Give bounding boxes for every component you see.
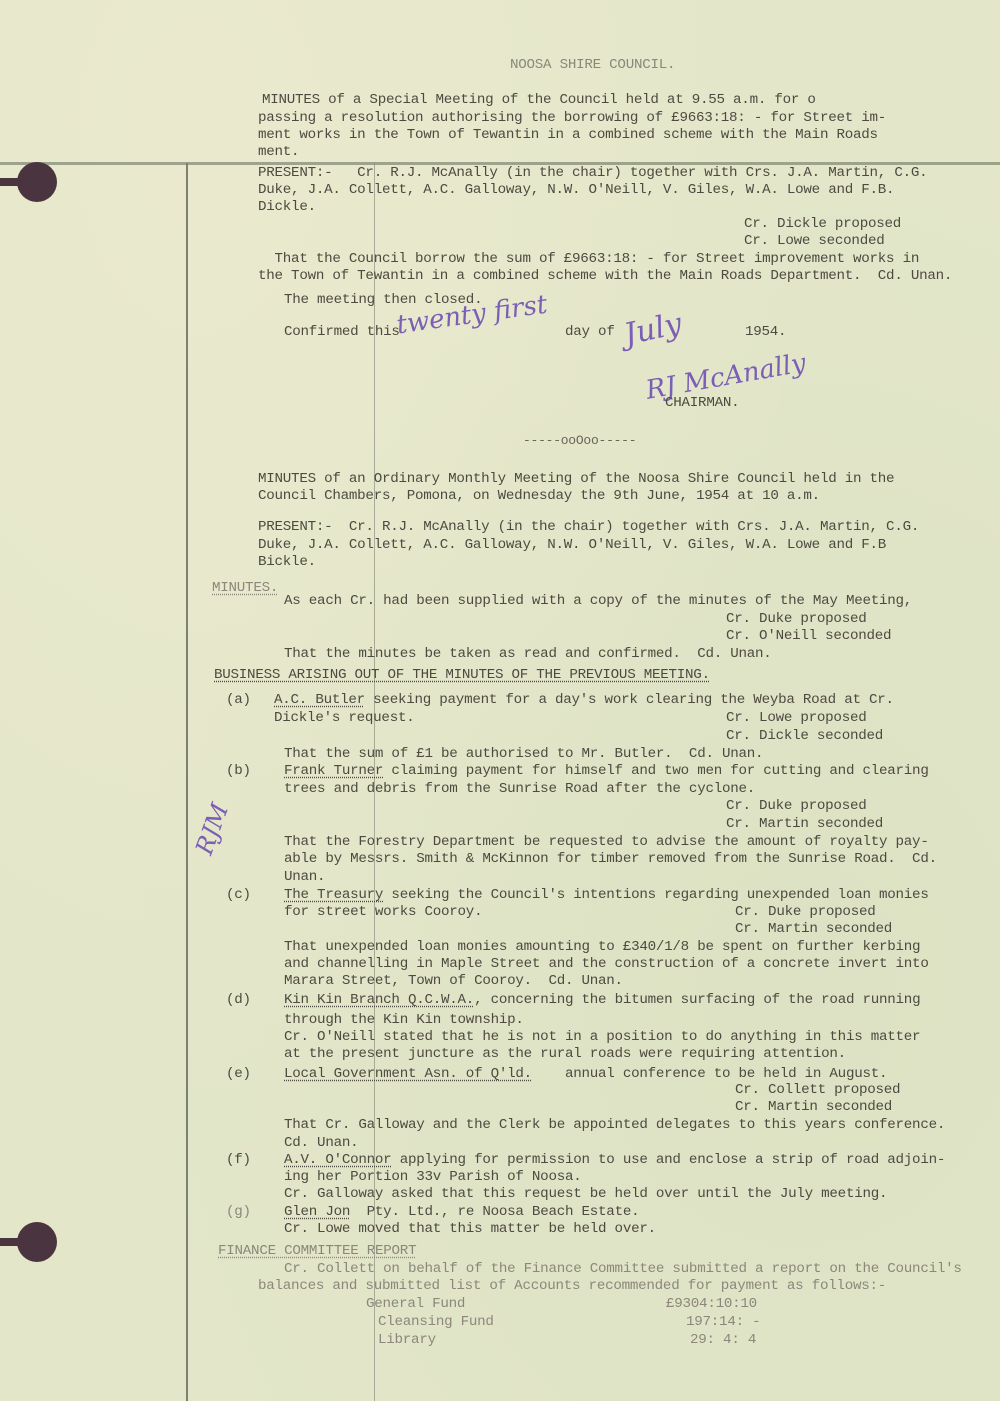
finance-text-1: Cr. Collett on behalf of the Finance Com… bbox=[284, 1261, 962, 1279]
day-of-label: day of bbox=[565, 324, 615, 342]
item-c-subject: The Treasury bbox=[284, 887, 383, 903]
item-c-resolution-3: Marara Street, Town of Cooroy. Cd. Unan. bbox=[284, 973, 623, 991]
item-f-subject: A.V. O'Connor bbox=[284, 1152, 391, 1168]
item-b-resolution-2: able by Messrs. Smith & McKinnon for tim… bbox=[284, 851, 937, 869]
item-b-line-1: Frank Turner claiming payment for himsel… bbox=[284, 763, 929, 781]
item-e-resolution-1: That Cr. Galloway and the Clerk be appoi… bbox=[284, 1117, 945, 1135]
special-proposed: Cr. Dickle proposed bbox=[744, 216, 901, 234]
special-resolution-1: That the Council borrow the sum of £9663… bbox=[258, 251, 919, 269]
item-b-label: (b) bbox=[226, 763, 251, 781]
item-a-label: (a) bbox=[226, 692, 251, 710]
item-d-subject: Kin Kin Branch Q.C.W.A. bbox=[284, 992, 474, 1008]
item-d-line-3: Cr. O'Neill stated that he is not in a p… bbox=[284, 1029, 920, 1047]
special-present-3: Dickle. bbox=[258, 199, 316, 217]
item-b-line-2: trees and debris from the Sunrise Road a… bbox=[284, 781, 755, 799]
special-intro-3: ment works in the Town of Tewantin in a … bbox=[258, 127, 878, 145]
account-amount-3: 29: 4: 4 bbox=[690, 1332, 756, 1350]
item-e-proposed: Cr. Collett proposed bbox=[735, 1082, 900, 1100]
item-g-line-1: Glen Jon Pty. Ltd., re Noosa Beach Estat… bbox=[284, 1204, 639, 1222]
ordinary-intro-1: MINUTES of an Ordinary Monthly Meeting o… bbox=[258, 471, 894, 489]
item-c-proposed: Cr. Duke proposed bbox=[735, 904, 876, 922]
item-a-seconded: Cr. Dickle seconded bbox=[726, 728, 883, 746]
item-g-label: (g) bbox=[226, 1204, 251, 1222]
ordinary-intro-2: Council Chambers, Pomona, on Wednesday t… bbox=[258, 488, 820, 506]
ordinary-present-2: Duke, J.A. Collett, A.C. Galloway, N.W. … bbox=[258, 537, 886, 555]
item-e-subject: Local Government Asn. of Q'ld. bbox=[284, 1066, 532, 1082]
binding-hole-top bbox=[17, 162, 57, 202]
item-a-proposed: Cr. Lowe proposed bbox=[726, 710, 867, 728]
item-b-resolution-1: That the Forestry Department be requeste… bbox=[284, 834, 929, 852]
account-fund-3: Library bbox=[378, 1332, 436, 1350]
item-f-label: (f) bbox=[226, 1152, 251, 1170]
year: 1954. bbox=[745, 324, 786, 342]
special-seconded: Cr. Lowe seconded bbox=[744, 233, 885, 251]
page-title: NOOSA SHIRE COUNCIL. bbox=[510, 57, 675, 75]
account-fund-2: Cleansing Fund bbox=[378, 1314, 494, 1332]
finance-heading: FINANCE COMMITTEE REPORT bbox=[218, 1243, 416, 1261]
special-intro-4: ment. bbox=[258, 144, 299, 162]
minutes-seconded: Cr. O'Neill seconded bbox=[726, 628, 891, 646]
item-c-resolution-1: That unexpended loan monies amounting to… bbox=[284, 939, 920, 957]
handwritten-month: July bbox=[621, 306, 685, 352]
ordinary-present-3: Bickle. bbox=[258, 554, 316, 572]
finance-text-2: balances and submitted list of Accounts … bbox=[258, 1278, 886, 1296]
minutes-resolution: That the minutes be taken as read and co… bbox=[284, 646, 772, 664]
item-a-line-2: Dickle's request. bbox=[274, 710, 415, 728]
item-d-line-1: Kin Kin Branch Q.C.W.A., concerning the … bbox=[284, 992, 920, 1010]
special-present-1: PRESENT:- Cr. R.J. McAnally (in the chai… bbox=[258, 165, 927, 183]
item-c-label: (c) bbox=[226, 887, 251, 905]
account-amount-2: 197:14: - bbox=[686, 1314, 760, 1332]
item-g-line-2: Cr. Lowe moved that this matter be held … bbox=[284, 1221, 656, 1239]
special-intro-2: passing a resolution authorising the bor… bbox=[258, 110, 886, 128]
ordinary-present-1: PRESENT:- Cr. R.J. McAnally (in the chai… bbox=[258, 519, 919, 537]
minutes-heading: MINUTES. bbox=[212, 580, 278, 598]
item-e-label: (e) bbox=[226, 1066, 251, 1084]
item-d-line-4: at the present juncture as the rural roa… bbox=[284, 1046, 846, 1064]
item-e-resolution-2: Cd. Unan. bbox=[284, 1135, 358, 1153]
item-f-line-2: ing her Portion 33v Parish of Noosa. bbox=[284, 1169, 582, 1187]
item-e-seconded: Cr. Martin seconded bbox=[735, 1099, 892, 1117]
confirmed-prefix: Confirmed this bbox=[284, 324, 400, 342]
item-d-label: (d) bbox=[226, 992, 251, 1010]
special-present-2: Duke, J.A. Collett, A.C. Galloway, N.W. … bbox=[258, 182, 894, 200]
account-fund-1: General Fund bbox=[366, 1296, 465, 1314]
margin-initials: RJM bbox=[190, 800, 234, 859]
minutes-proposed: Cr. Duke proposed bbox=[726, 611, 867, 629]
section-divider: -----ooOoo----- bbox=[523, 432, 636, 450]
item-c-line-2: for street works Cooroy. bbox=[284, 904, 482, 922]
account-amount-1: £9304:10:10 bbox=[666, 1296, 757, 1314]
item-d-line-2: through the Kin Kin township. bbox=[284, 1012, 524, 1030]
item-c-seconded: Cr. Martin seconded bbox=[735, 921, 892, 939]
item-g-subject: Glen Jon bbox=[284, 1204, 350, 1220]
special-resolution-2: the Town of Tewantin in a combined schem… bbox=[258, 268, 952, 286]
margin-line bbox=[186, 163, 188, 1401]
binding-hole-bottom bbox=[17, 1222, 57, 1262]
item-b-seconded: Cr. Martin seconded bbox=[726, 816, 883, 834]
item-b-resolution-3: Unan. bbox=[284, 869, 325, 887]
item-a-resolution: That the sum of £1 be authorised to Mr. … bbox=[284, 746, 763, 764]
item-c-resolution-2: and channelling in Maple Street and the … bbox=[284, 956, 929, 974]
minutes-text: As each Cr. had been supplied with a cop… bbox=[284, 593, 912, 611]
item-b-subject: Frank Turner bbox=[284, 763, 383, 779]
item-f-line-1: A.V. O'Connor applying for permission to… bbox=[284, 1152, 945, 1170]
special-intro-1: MINUTES of a Special Meeting of the Coun… bbox=[262, 92, 816, 110]
item-b-proposed: Cr. Duke proposed bbox=[726, 798, 867, 816]
item-a-line-1: A.C. Butler seeking payment for a day's … bbox=[274, 692, 894, 710]
chairman-label: CHAIRMAN. bbox=[665, 395, 739, 413]
item-e-line-1: Local Government Asn. of Q'ld. annual co… bbox=[284, 1066, 887, 1084]
item-a-subject: A.C. Butler bbox=[274, 692, 365, 708]
item-c-line-1: The Treasury seeking the Council's inten… bbox=[284, 887, 929, 905]
business-heading: BUSINESS ARISING OUT OF THE MINUTES OF T… bbox=[214, 667, 710, 685]
item-f-line-3: Cr. Galloway asked that this request be … bbox=[284, 1186, 887, 1204]
